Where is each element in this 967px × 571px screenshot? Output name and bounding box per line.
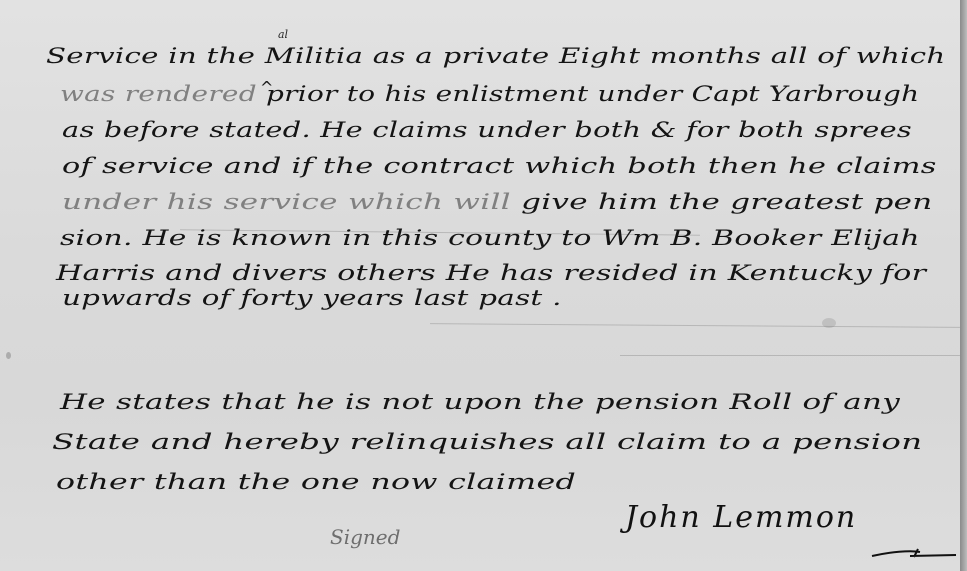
manuscript-line-6: sion. He is known in this county to Wm B… — [60, 226, 920, 250]
manuscript-line-1: Service in the Militia as a private Eigh… — [46, 44, 945, 68]
interlinear-insertion: al — [278, 28, 288, 41]
page-edge — [960, 0, 967, 571]
manuscript-line-9: He states that he is not upon the pensio… — [60, 390, 900, 414]
manuscript-line-7: Harris and divers others He has resided … — [56, 261, 926, 285]
manuscript-line-8: upwards of forty years last past . — [62, 286, 562, 310]
manuscript-line-10: State and hereby relinquishes all claim … — [52, 430, 922, 454]
paper-stain — [822, 318, 836, 328]
manuscript-page: al ^ Service in the Militia as a private… — [0, 0, 960, 571]
signature: John Lemmon — [625, 500, 857, 535]
ink-spot — [6, 352, 11, 359]
signature-flourish — [870, 548, 958, 558]
line-text: prior to his enlistment under Capt Yarbr… — [266, 82, 919, 106]
manuscript-line-2: was rendered prior to his enlistment und… — [60, 82, 919, 106]
line-text: give him the greatest pen — [521, 190, 933, 214]
paper-crease — [620, 355, 960, 356]
manuscript-line-5: under his service which will give him th… — [62, 190, 933, 214]
signed-label: Signed — [330, 525, 400, 549]
paper-crease — [430, 323, 960, 328]
manuscript-line-4: of service and if the contract which bot… — [62, 154, 937, 178]
faint-text: was rendered — [60, 82, 257, 106]
manuscript-line-3: as before stated. He claims under both &… — [62, 118, 912, 142]
manuscript-line-11: other than the one now claimed — [56, 470, 576, 494]
faint-text: under his service which will — [62, 190, 511, 214]
